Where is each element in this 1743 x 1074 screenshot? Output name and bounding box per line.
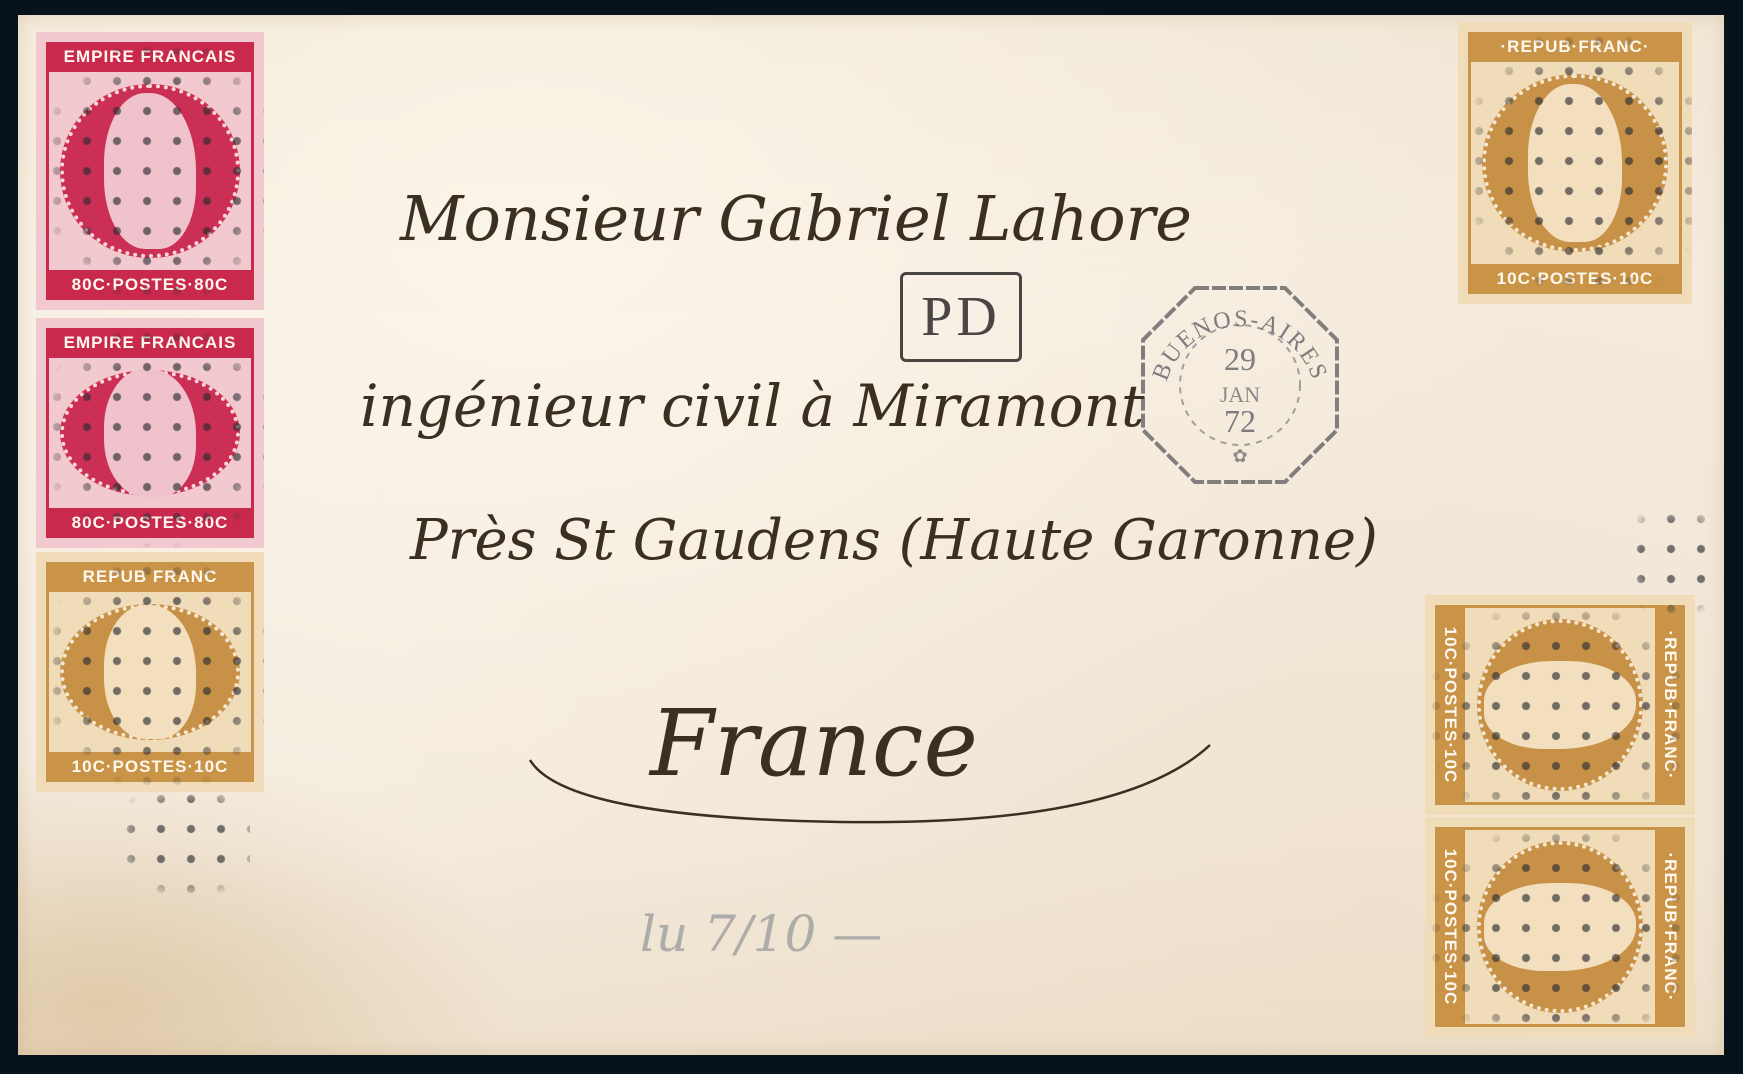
address-line-occupation: ingénieur civil à Miramont: [360, 372, 1144, 440]
stamp-top-text: EMPIRE FRANCAIS: [46, 328, 254, 358]
address-line-locality: Près St Gaudens (Haute Garonne): [410, 508, 1378, 573]
stamp-top-text: EMPIRE FRANCAIS: [46, 42, 254, 72]
ceres-portrait-icon: [104, 605, 195, 739]
stamp-bottom-text: 10C·POSTES·10C: [1435, 827, 1465, 1027]
postmark-day: 29: [1224, 341, 1256, 377]
stamp-bottom-text: 80C·POSTES·80C: [46, 508, 254, 538]
stamp-10c-ceres-left: REPUB FRANC 10C·POSTES·10C: [36, 552, 264, 792]
ceres-portrait-icon: [1484, 661, 1635, 749]
ceres-portrait-icon: [1484, 883, 1635, 971]
stamp-top-text: ·REPUB·FRANC·: [1655, 605, 1685, 805]
napoleon-portrait-icon: [104, 93, 195, 249]
stamp-10c-ceres-top-right: ·REPUB·FRANC· 10C·POSTES·10C: [1458, 22, 1692, 304]
stamp-bottom-text: 10C·POSTES·10C: [46, 752, 254, 782]
pencil-notation: lu 7/10 —: [640, 905, 882, 963]
stamp-10c-ceres-pair-upper: ·REPUB·FRANC· 10C·POSTES·10C: [1425, 595, 1695, 815]
stamp-bottom-text: 10C·POSTES·10C: [1468, 264, 1682, 294]
stamp-80c-napoleon-1: EMPIRE FRANCAIS 80C·POSTES·80C: [36, 32, 264, 310]
postmark-year: 72: [1224, 403, 1256, 439]
postmark-star-icon: ✿: [1232, 446, 1247, 467]
ceres-portrait-icon: [1528, 84, 1622, 242]
stamp-top-text: ·REPUB·FRANC·: [1655, 827, 1685, 1027]
stamp-bottom-text: 80C·POSTES·80C: [46, 270, 254, 300]
pd-handstamp: PD: [900, 272, 1022, 362]
flourish-underline: [520, 740, 1220, 830]
address-line-recipient: Monsieur Gabriel Lahore: [400, 182, 1192, 255]
stamp-top-text: ·REPUB·FRANC·: [1468, 32, 1682, 62]
stamp-80c-napoleon-2: EMPIRE FRANCAIS 80C·POSTES·80C: [36, 318, 264, 548]
stamp-bottom-text: 10C·POSTES·10C: [1435, 605, 1465, 805]
buenos-aires-postmark: BUENOS-AIRES 29 JAN 72 ✿: [1125, 270, 1355, 500]
stamp-top-text: REPUB FRANC: [46, 562, 254, 592]
stamp-10c-ceres-pair-lower: ·REPUB·FRANC· 10C·POSTES·10C: [1425, 817, 1695, 1037]
napoleon-portrait-icon: [104, 369, 195, 498]
